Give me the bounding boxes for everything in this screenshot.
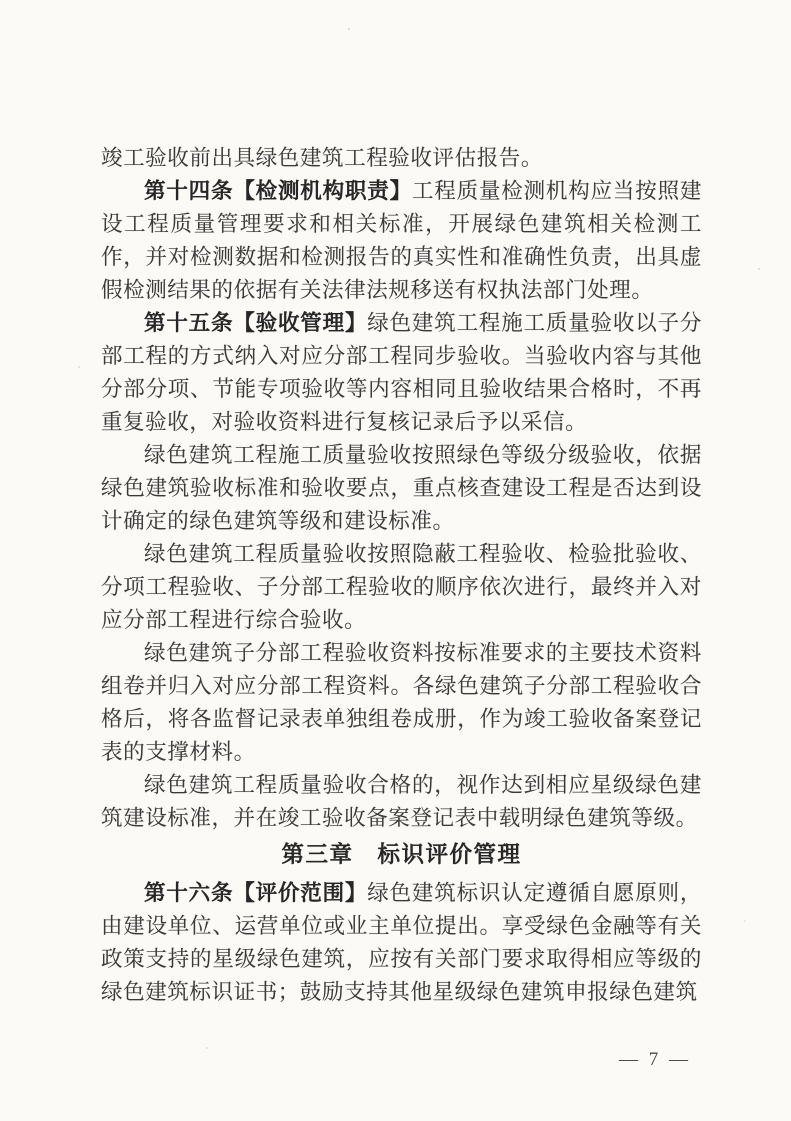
paragraph: 绿色建筑工程质量验收按照隐蔽工程验收、检验批验收、分项工程验收、子分部工程验收的…	[101, 538, 702, 637]
paragraph: 绿色建筑工程施工质量验收按照绿色等级分级验收，依据绿色建筑验收标准和验收要点，重…	[101, 439, 702, 538]
paragraph: 绿色建筑子分部工程验收资料按标准要求的主要技术资料组卷并归入对应分部工程资料。各…	[101, 637, 702, 769]
document-body: 竣工验收前出具绿色建筑工程验收评估报告。 第十四条【检测机构职责】工程质量检测机…	[101, 142, 702, 1009]
paragraph: 第十五条【验收管理】绿色建筑工程施工质量验收以子分部工程的方式纳入对应分部工程同…	[101, 307, 702, 439]
paragraph-text: 绿色建筑工程质量验收按照隐蔽工程验收、检验批验收、分项工程验收、子分部工程验收的…	[101, 542, 702, 632]
document-page: 竣工验收前出具绿色建筑工程验收评估报告。 第十四条【检测机构职责】工程质量检测机…	[0, 0, 791, 1121]
paragraph: 竣工验收前出具绿色建筑工程验收评估报告。	[101, 142, 702, 175]
paragraph: 第十四条【检测机构职责】工程质量检测机构应当按照建设工程质量管理要求和相关标准，…	[101, 175, 702, 307]
article-15-title: 第十五条【验收管理】	[144, 311, 367, 335]
paragraph: 第十六条【评价范围】绿色建筑标识认定遵循自愿原则，由建设单位、运营单位或业主单位…	[101, 877, 702, 1009]
paragraph: 绿色建筑工程质量验收合格的，视作达到相应星级绿色建筑建设标准，并在竣工验收备案登…	[101, 769, 702, 835]
page-number: — 7 —	[619, 1049, 691, 1071]
article-16-title: 第十六条【评价范围】	[144, 881, 367, 905]
chapter-heading: 第三章 标识评价管理	[101, 838, 702, 871]
paragraph-text: 绿色建筑工程质量验收合格的，视作达到相应星级绿色建筑建设标准，并在竣工验收备案登…	[101, 773, 702, 830]
article-14-title: 第十四条【检测机构职责】	[144, 179, 412, 203]
paragraph-text: 绿色建筑工程施工质量验收按照绿色等级分级验收，依据绿色建筑验收标准和验收要点，重…	[101, 443, 702, 533]
paragraph-text: 竣工验收前出具绿色建筑工程验收评估报告。	[101, 146, 543, 170]
paragraph-text: 绿色建筑子分部工程验收资料按标准要求的主要技术资料组卷并归入对应分部工程资料。各…	[101, 641, 702, 764]
